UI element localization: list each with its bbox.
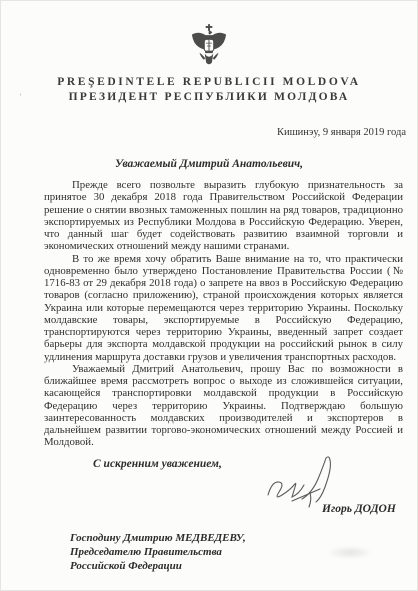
scan-speck: ’ — [19, 92, 23, 101]
paragraph-2: В то же время хочу обратить Ваше внимани… — [44, 253, 403, 363]
paragraph-1: Прежде всего позвольте выразить глубокую… — [44, 179, 403, 253]
addressee-line-3: Российской Федерации — [70, 560, 246, 574]
dateline: Кишинэу, 9 января 2019 года — [0, 127, 418, 138]
letterhead-title-romanian: PREŞEDINTELE REPUBLICII MOLDOVA — [0, 76, 418, 88]
salutation: Уважаемый Дмитрий Анатольевич, — [0, 158, 418, 170]
letter-body: Прежде всего позвольте выразить глубокую… — [44, 179, 403, 449]
addressee-line-1: Господину Дмитрию МЕДВЕДЕВУ, — [70, 532, 246, 546]
faint-pencil-mark — [328, 546, 372, 559]
closing-phrase: С искренним уважением, — [93, 458, 222, 470]
paragraph-3: Уважаемый Дмитрий Анатольевич, прошу Вас… — [44, 363, 403, 449]
signer-name: Игорь ДОДОН — [322, 503, 396, 515]
letterhead-title-russian: ПРЕЗИДЕНТ РЕСПУБЛИКИ МОЛДОВА — [0, 91, 418, 103]
addressee-line-2: Председателю Правительства — [70, 546, 246, 560]
letter-page: PREŞEDINTELE REPUBLICII MOLDOVA ПРЕЗИДЕН… — [0, 0, 418, 591]
moldova-coat-of-arms-icon — [190, 24, 228, 68]
addressee-block: Господину Дмитрию МЕДВЕДЕВУ, Председател… — [70, 532, 246, 573]
